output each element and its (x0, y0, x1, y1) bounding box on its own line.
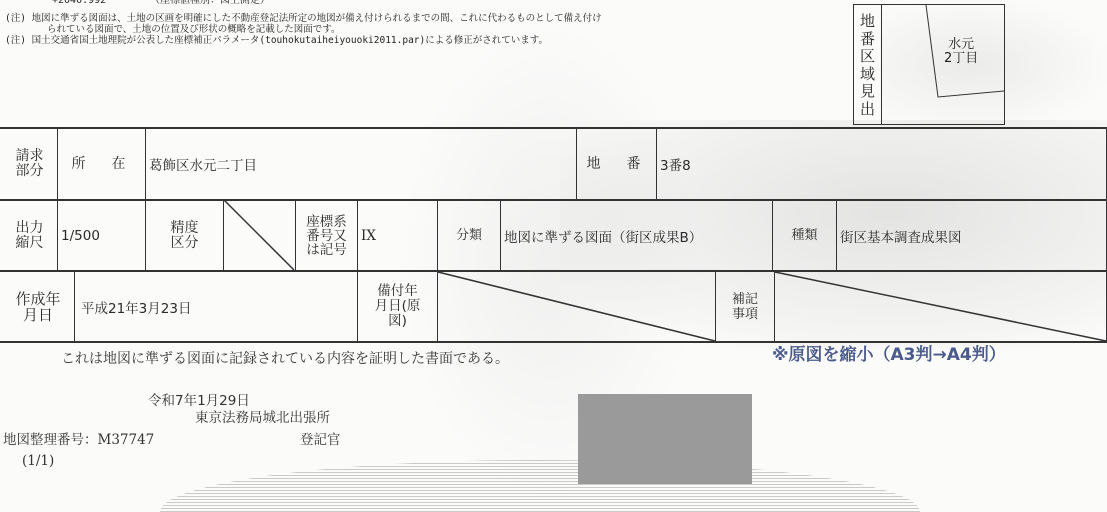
inset-area-line-1: 水元 (944, 38, 978, 52)
redacted-official-seal (578, 394, 752, 484)
page-indicator: (1/1) (22, 455, 54, 469)
note-1-line-2: られている図面で、土地の位置及び形状の概略を記載した図面です。 (47, 25, 341, 35)
lot-area-inset-map: 地番区域見出 水元 2丁目 (853, 4, 1005, 125)
created-date-value: 平成21年3月23日 (75, 272, 361, 341)
registrar-title: 登記官 (300, 434, 341, 448)
classification-value: 地図に準ずる図面（街区成果B） (501, 201, 775, 270)
scale-value: 1/500 (58, 201, 148, 270)
coord-system-value: IX (358, 201, 440, 270)
location-value: 葛飾区水元二丁目 (146, 129, 569, 199)
classification-label: 分類 (438, 201, 500, 270)
coord-system-label: 座標系番号又は記号 (296, 201, 357, 270)
issue-date: 令和7年1月29日 (148, 395, 250, 409)
inset-label-column: 地番区域見出 (854, 5, 882, 124)
kind-value: 街区基本調査成果図 (837, 201, 1107, 270)
certification-statement: これは地図に準ずる図面に記録されている内容を証明した書面である。 (61, 352, 509, 366)
property-info-table: 請求部分 所 在 葛飾区水元二丁目 地 番 3番8 出力縮尺 1/500 精度区… (0, 127, 1107, 342)
lot-number-value: 3番8 (657, 129, 860, 199)
kind-label: 種類 (773, 201, 836, 270)
location-label: 所 在 (58, 129, 145, 199)
inset-label: 地番区域見出 (859, 13, 876, 118)
inset-area-name: 水元 2丁目 (944, 38, 978, 66)
note-2: (注) 国土交通省国土地理院が公表した座標補正パラメータ(touhokutaih… (5, 36, 548, 46)
security-pattern (160, 460, 920, 512)
area-boundary-polygon (881, 5, 1004, 124)
scale-label: 出力縮尺 (2, 201, 57, 270)
lot-number-label: 地 番 (577, 129, 656, 199)
issuing-office: 東京法務局城北出張所 (195, 412, 330, 426)
coordinate-type: （座標値種別：図上測定） (150, 0, 270, 6)
inset-area-line-2: 2丁目 (944, 52, 978, 66)
coordinate-value: +2040.992 (52, 0, 106, 6)
precision-label: 精度区分 (146, 201, 223, 270)
installed-date-label: 備付年月日(原図) (358, 272, 437, 341)
map-reference-number: 地図整理番号：M37747 (3, 434, 154, 448)
request-section-label: 請求部分 (2, 129, 57, 199)
reduction-note: ※原図を縮小（A3判→A4判） (772, 347, 1006, 364)
note-1-line-1: (注) 地図に準ずる図面は、土地の区画を明確にした不動産登記法所定の地図が備え付… (5, 14, 602, 24)
created-date-label: 作成年月日 (2, 272, 74, 341)
remarks-label: 補記事項 (716, 272, 774, 341)
